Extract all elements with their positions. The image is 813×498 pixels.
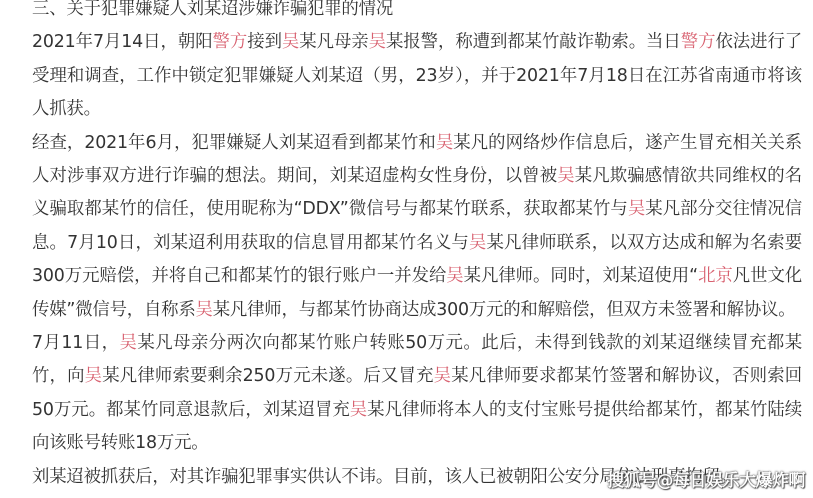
highlighted-keyword: 吴 xyxy=(446,266,463,286)
highlighted-keyword: 吴 xyxy=(282,32,299,52)
text-segment: 经查，2021年6月，犯罪嫌疑人刘某迢看到都某竹和 xyxy=(32,133,436,153)
paragraph: 经查，2021年6月，犯罪嫌疑人刘某迢看到都某竹和吴某凡的网络炒作信息后，遂产生… xyxy=(32,127,802,327)
paragraph: 7月11日，吴某凡母亲分两次向都某竹账户转账50万元。此后，未得到钱款的刘某迢继… xyxy=(32,327,802,461)
highlighted-keyword: 吴 xyxy=(469,233,487,253)
watermark: 搜狐号@每日娱乐大爆炸啊 xyxy=(607,466,805,491)
text-segment: 某凡律师索要剩余250万元未遂。后又冒充 xyxy=(102,366,433,386)
article-paragraphs: 2021年7月14日，朝阳警方接到吴某凡母亲吴某报警，称遭到都某竹敲诈勒索。当日… xyxy=(32,26,802,494)
highlighted-keyword: 吴 xyxy=(628,199,645,219)
text-segment: 某凡母亲 xyxy=(299,32,368,52)
highlighted-keyword: 吴 xyxy=(557,166,575,186)
highlighted-keyword: 吴 xyxy=(434,366,452,386)
text-segment: 某报警，称遭到都某竹敲诈勒索。当日 xyxy=(386,32,681,52)
highlighted-keyword: 警方 xyxy=(681,32,716,52)
highlighted-keyword: 吴 xyxy=(369,32,386,52)
text-segment: 2021年7月14日，朝阳 xyxy=(32,32,213,52)
section-heading: 三、关于犯罪嫌疑人刘某迢涉嫌诈骗犯罪的情况 xyxy=(32,0,802,26)
highlighted-keyword: 吴 xyxy=(120,333,138,353)
text-segment: 某凡律师，与都某竹协商达成300万元的和解赔偿，但双方未签署和解协议。 xyxy=(213,300,796,320)
highlighted-keyword: 吴 xyxy=(350,400,367,420)
highlighted-keyword: 吴 xyxy=(436,133,453,153)
highlighted-keyword: 吴 xyxy=(196,300,213,320)
text-segment: 7月11日， xyxy=(32,333,120,353)
highlighted-keyword: 警方 xyxy=(213,32,248,52)
article-body: 三、关于犯罪嫌疑人刘某迢涉嫌诈骗犯罪的情况 2021年7月14日，朝阳警方接到吴… xyxy=(32,0,802,494)
text-segment: 某凡律师。同时，刘某迢使用“ xyxy=(464,266,698,286)
highlighted-keyword: 吴 xyxy=(85,366,103,386)
text-segment: 接到 xyxy=(247,32,282,52)
highlighted-keyword: 北京 xyxy=(698,266,733,286)
paragraph: 2021年7月14日，朝阳警方接到吴某凡母亲吴某报警，称遭到都某竹敲诈勒索。当日… xyxy=(32,26,802,126)
